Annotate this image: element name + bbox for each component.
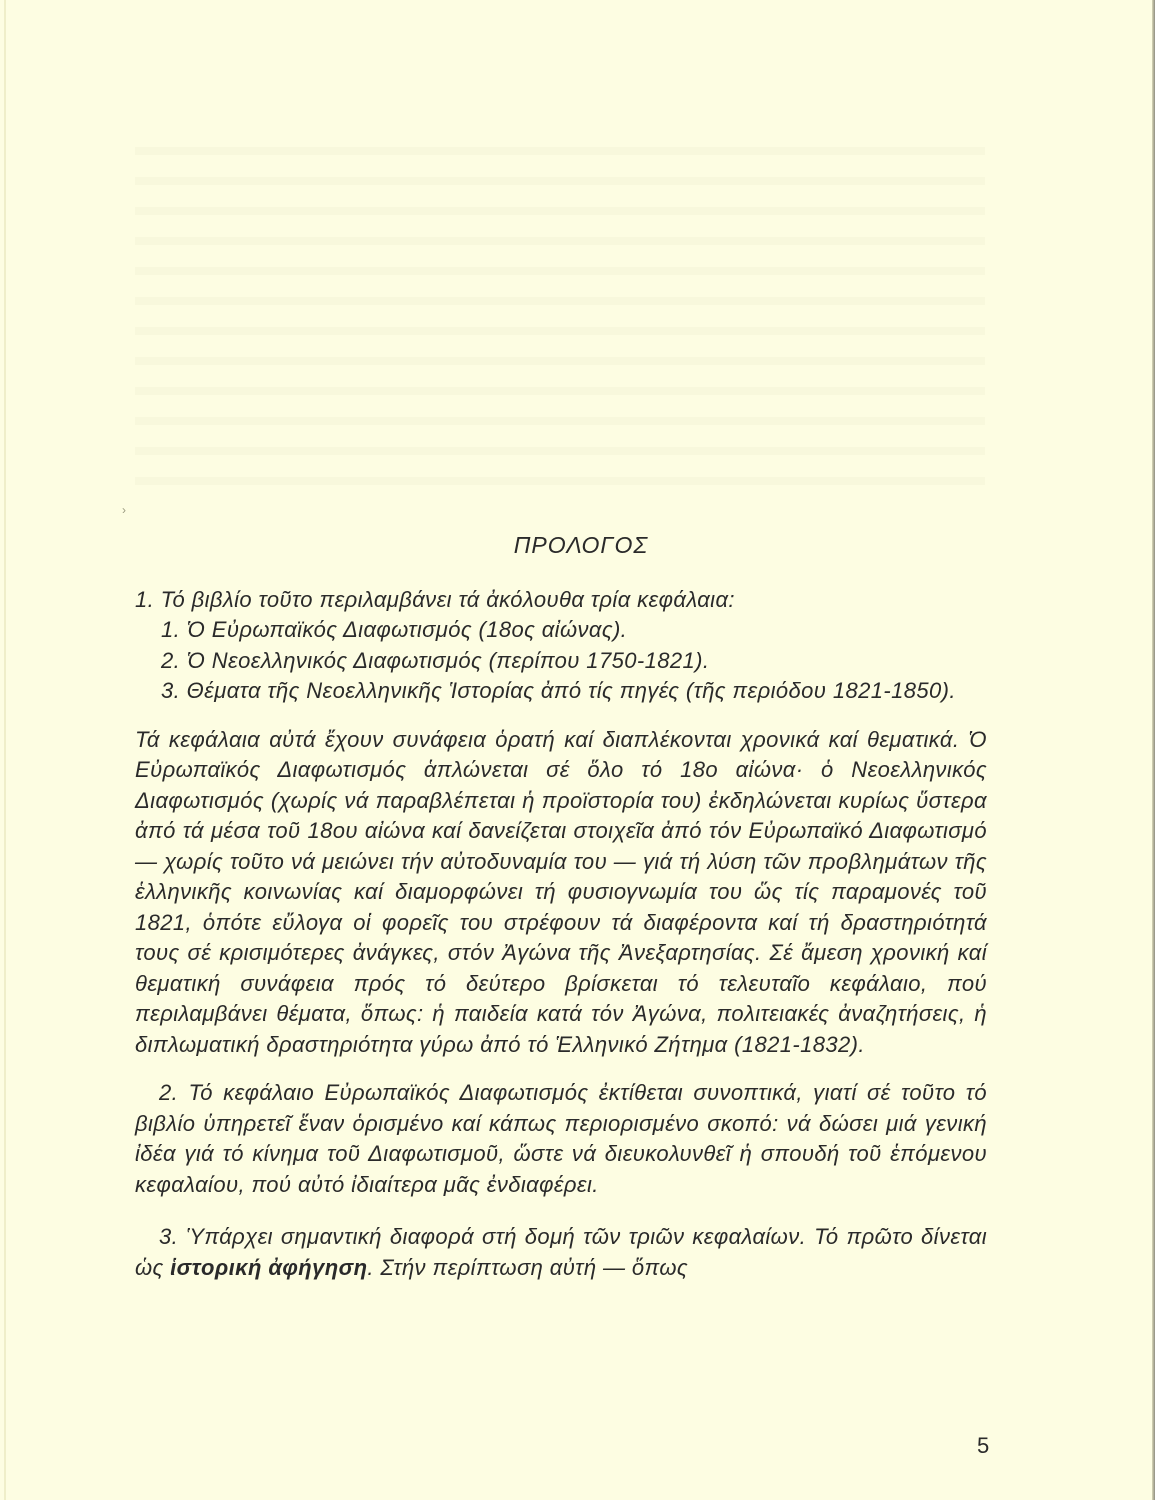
- margin-mark: ›: [122, 503, 126, 517]
- paragraph-european-enlightenment: 2. Τό κεφάλαιο Εὐρωπαϊκός Διαφωτισμός ἐκ…: [135, 1078, 987, 1200]
- document-page: ΠΡΟΛΟΓΟΣ 1. Τό βιβλίο τοῦτο περιλαμβάνει…: [135, 530, 987, 1283]
- chapter-list: 1. Ὁ Εὐρωπαϊκός Διαφωτισμός (18ος αἰώνας…: [135, 615, 987, 707]
- chapter-item-1: 1. Ὁ Εὐρωπαϊκός Διαφωτισμός (18ος αἰώνας…: [161, 615, 987, 646]
- paragraph-structure: 3. Ὑπάρχει σημαντική διαφορά στή δομή τῶ…: [135, 1222, 987, 1283]
- chapter-item-3: 3. Θέματα τῆς Νεοελληνικῆς Ἱστορίας ἀπό …: [161, 676, 987, 707]
- page-title: ΠΡΟΛΟΓΟΣ: [135, 530, 987, 561]
- reverse-side-show-through: [135, 125, 985, 505]
- paragraph-structure-text-after: . Στήν περίπτωση αὐτή — ὅπως: [367, 1255, 688, 1280]
- paragraph-chapters-relation: Τά κεφάλαια αὐτά ἔχουν συνάφεια ὁρατή κα…: [135, 725, 987, 1061]
- page-number: 5: [977, 1433, 989, 1459]
- chapter-item-2: 2. Ὁ Νεοελληνικός Διαφωτισμός (περίπου 1…: [161, 646, 987, 677]
- bold-phrase: ἱστορική ἀφήγηση: [170, 1255, 367, 1280]
- intro-line: 1. Τό βιβλίο τοῦτο περιλαμβάνει τά ἀκόλο…: [135, 585, 987, 616]
- page-fold-line: [4, 0, 6, 1500]
